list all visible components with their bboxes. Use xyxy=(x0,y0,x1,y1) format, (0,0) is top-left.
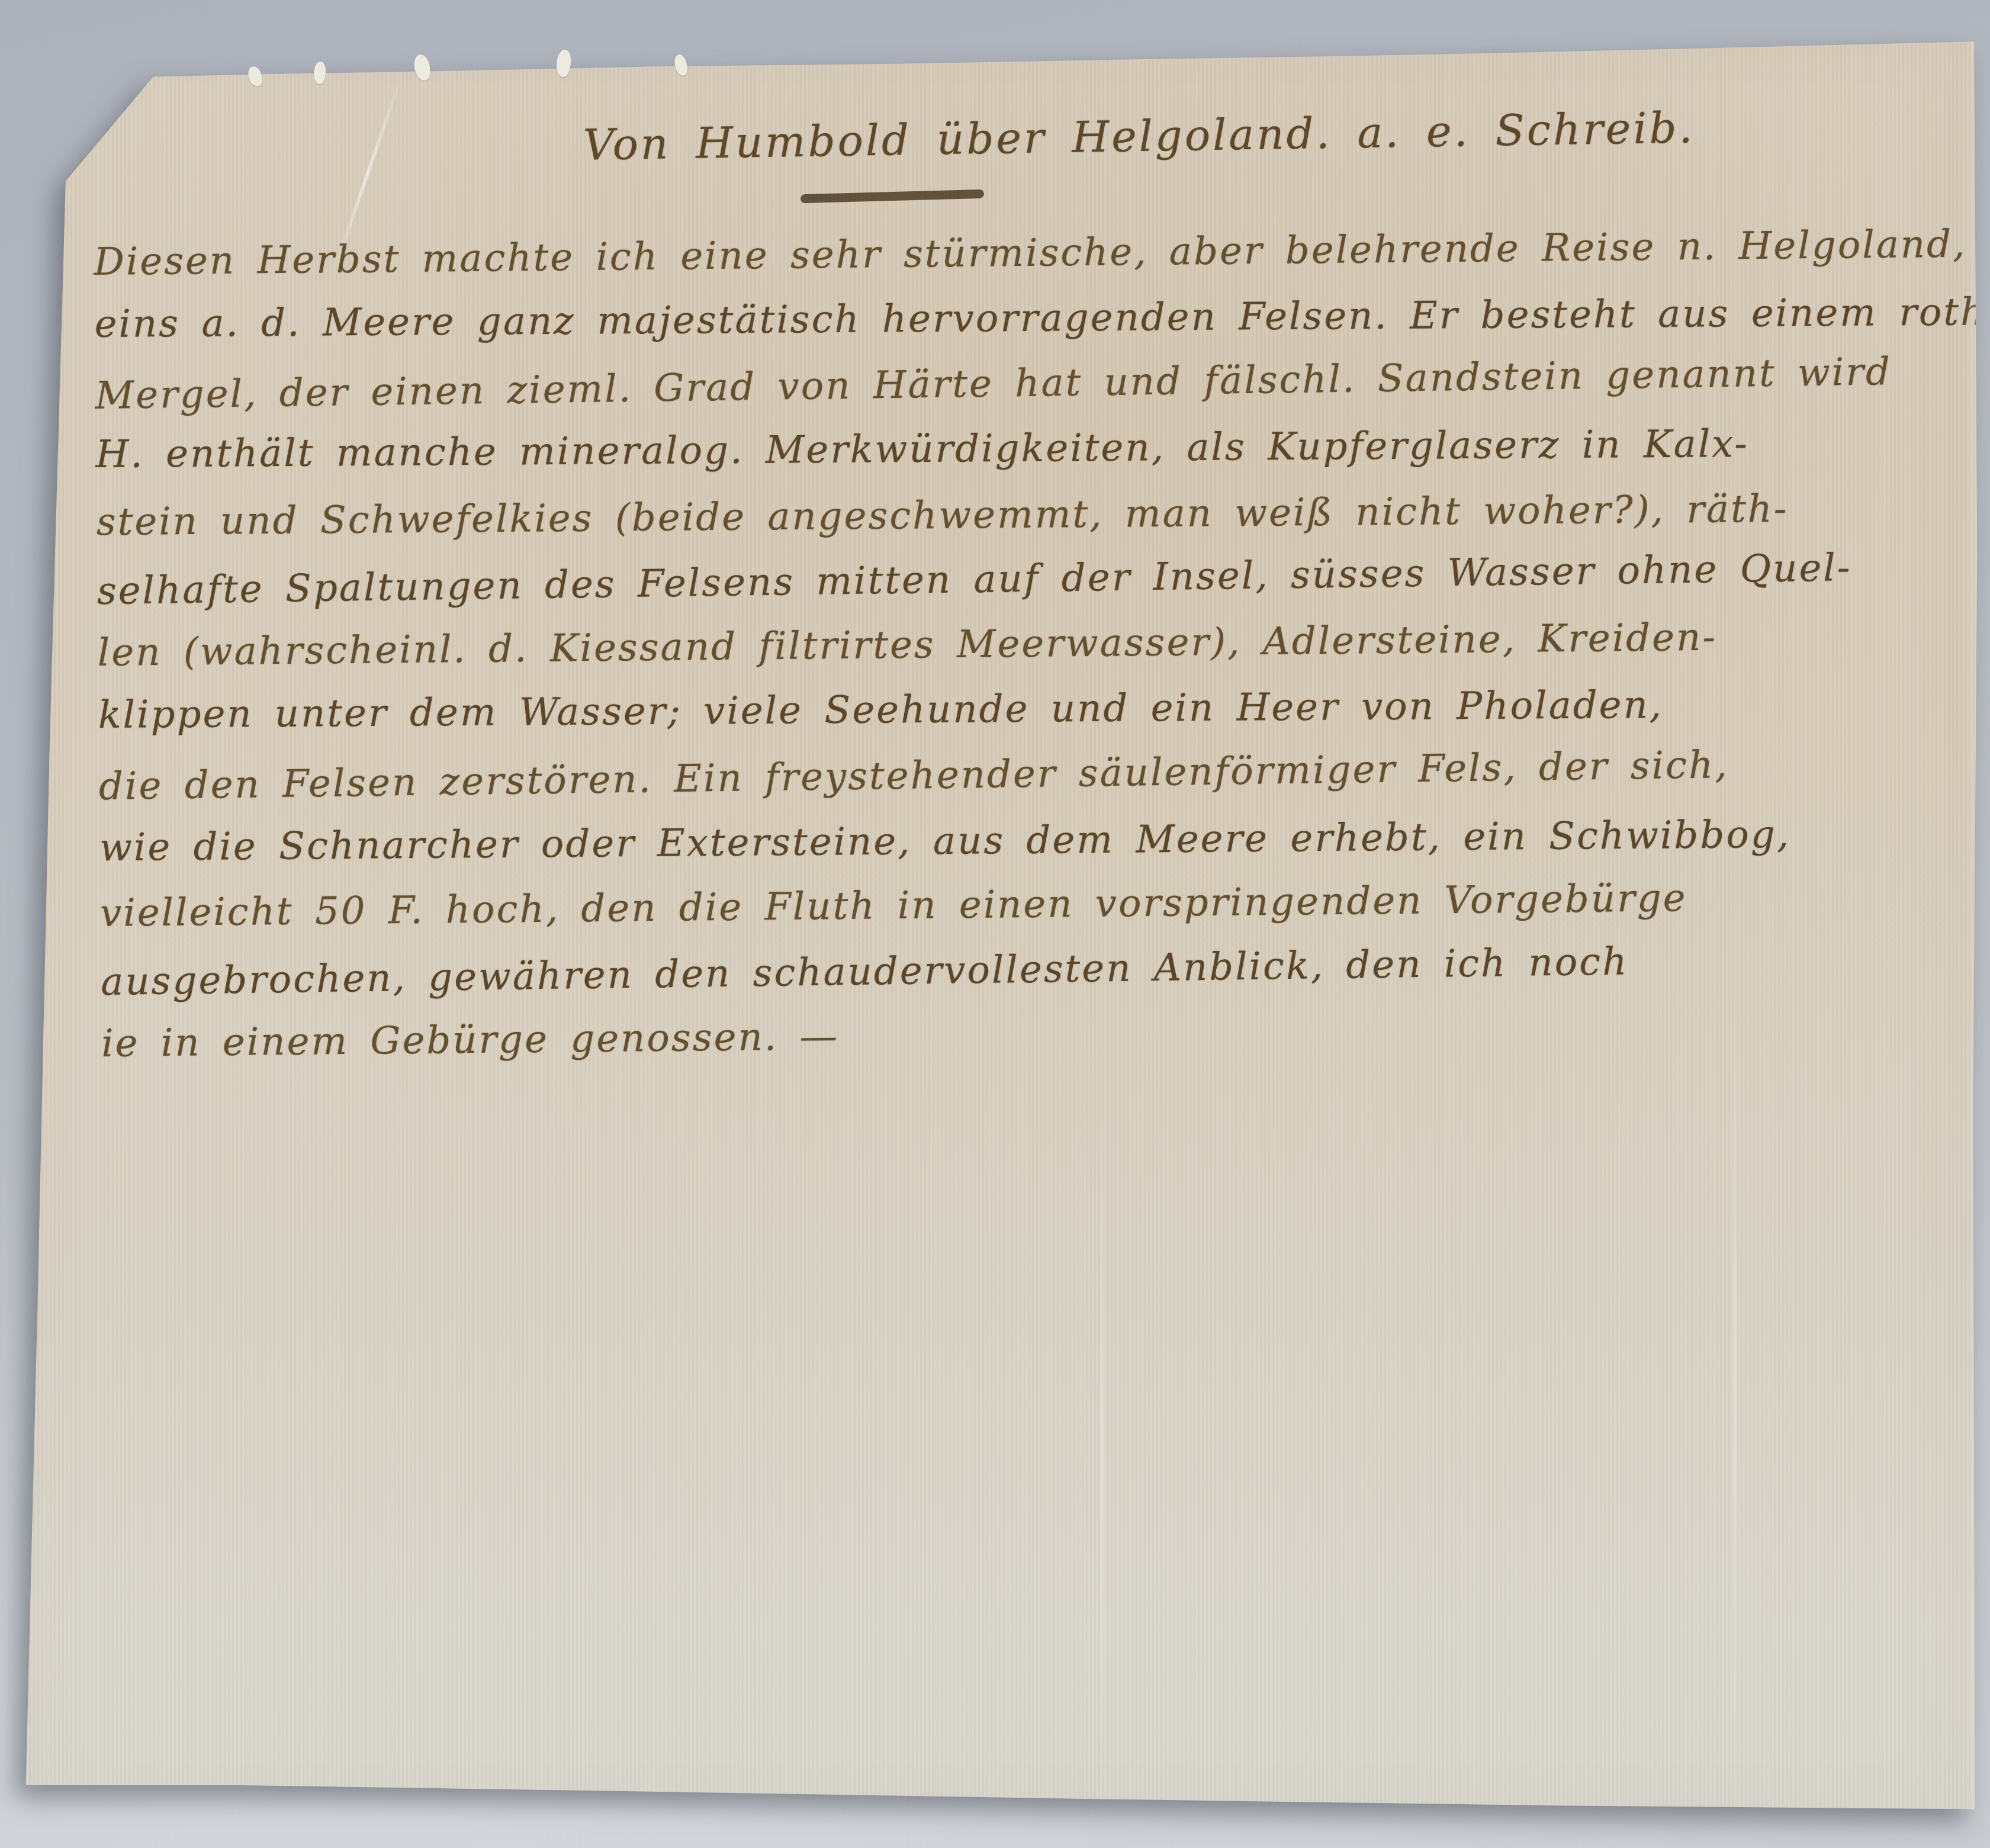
corner-crease xyxy=(332,75,403,272)
title-underline xyxy=(800,189,984,204)
manuscript-text-block: Diesen Herbst machte ich eine sehr stürm… xyxy=(94,212,1969,1076)
left-edge-highlight xyxy=(16,1457,25,1788)
manuscript-line: len (wahrscheinl. d. Kiessand filtrirtes… xyxy=(97,603,1965,686)
manuscript-line: die den Felsen zerstören. Ein freystehen… xyxy=(98,729,1966,819)
manuscript-line: eins a. d. Meere ganz majestätisch hervo… xyxy=(94,280,1962,357)
manuscript-line: Mergel, der einen zieml. Grad von Härte … xyxy=(95,339,1962,429)
manuscript-line: Diesen Herbst machte ich eine sehr stürm… xyxy=(94,212,1961,295)
manuscript-line: vielleicht 50 F. hoch, den die Fluth in … xyxy=(100,863,1968,946)
manuscript-line: wie die Schnarcher oder Extersteine, aus… xyxy=(99,801,1967,880)
manuscript-line: ausgebrochen, gewähren den schaudervolle… xyxy=(100,925,1968,1015)
manuscript-line: selhafte Spaltungen des Felsens mitten a… xyxy=(97,534,1964,624)
photo-background: Von Humbold über Helgoland. a. e. Schrei… xyxy=(0,0,1990,1848)
manuscript-line: H. enthält manche mineralog. Merkwürdigk… xyxy=(95,410,1963,487)
vertical-crease xyxy=(1100,1113,1104,1794)
manuscript-title: Von Humbold über Helgoland. a. e. Schrei… xyxy=(583,102,1695,169)
manuscript-paper: Von Humbold über Helgoland. a. e. Schrei… xyxy=(0,0,1990,1848)
manuscript-line: ie in einem Gebürge genossen. — xyxy=(101,994,1969,1076)
vertical-crease xyxy=(1732,977,1737,1806)
manuscript-line: stein und Schwefelkies (beide angeschwem… xyxy=(96,475,1963,555)
paper-shadow-wrap: Von Humbold über Helgoland. a. e. Schrei… xyxy=(0,0,1990,1848)
manuscript-line: klippen unter dem Wasser; viele Seehunde… xyxy=(98,671,1966,748)
